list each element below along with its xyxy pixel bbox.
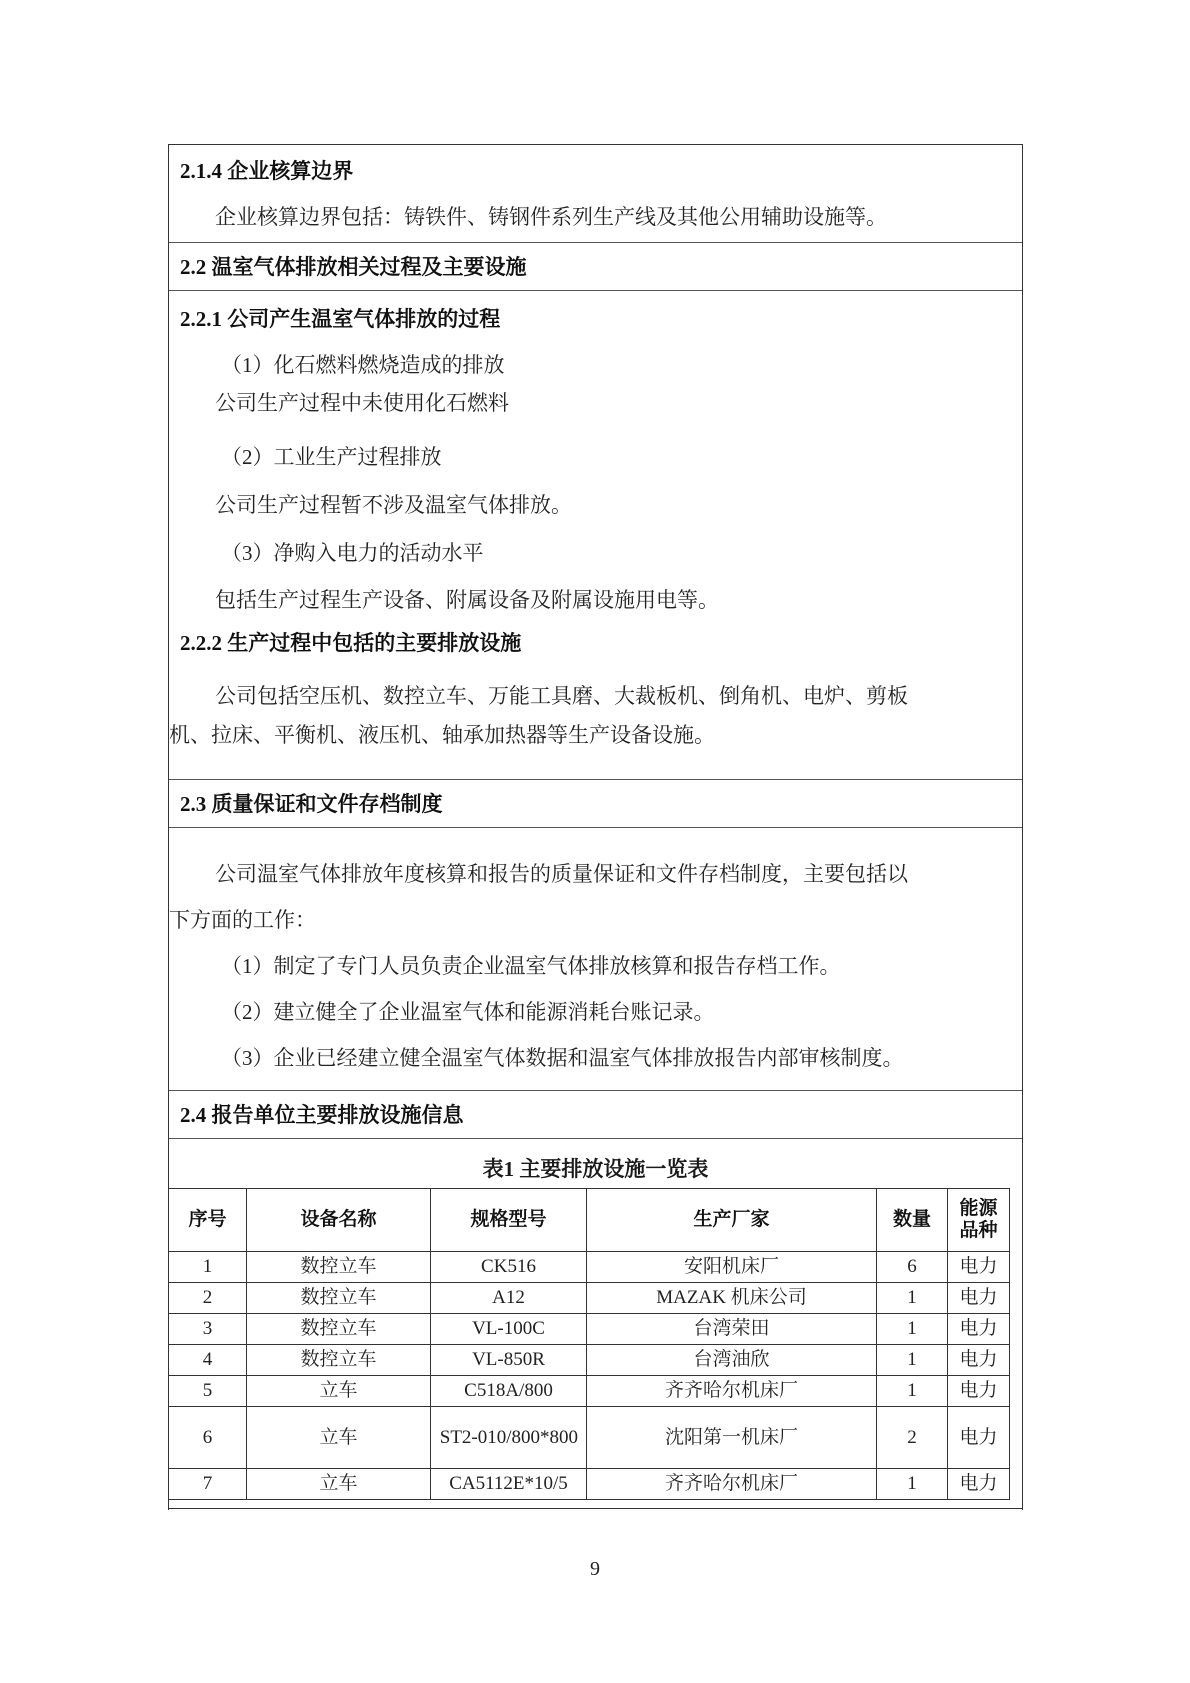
section-heading: 2.4 报告单位主要排放设施信息 [180, 1103, 464, 1127]
paragraph: 包括生产过程生产设备、附属设备及附属设施用电等。 [215, 584, 719, 614]
cell-name: 数控立车 [247, 1283, 431, 1314]
emission-facilities-table: 序号 设备名称 规格型号 生产厂家 数量 能源品种 1 数控立车 CK516 安… [168, 1188, 1010, 1500]
cell-model: VL-850R [431, 1345, 587, 1376]
cell-quantity: 1 [877, 1345, 948, 1376]
cell-energy: 电力 [948, 1407, 1010, 1469]
cell-model: VL-100C [431, 1314, 587, 1345]
section-2-4: 2.4 报告单位主要排放设施信息 [169, 1091, 1022, 1139]
paragraph: 下方面的工作： [169, 904, 316, 934]
cell-model: A12 [431, 1283, 587, 1314]
cell-energy: 电力 [948, 1252, 1010, 1283]
paragraph: 公司生产过程中未使用化石燃料 [215, 387, 509, 417]
cell-index: 4 [169, 1345, 247, 1376]
paragraph: 公司生产过程暂不涉及温室气体排放。 [215, 489, 572, 519]
col-header-manufacturer: 生产厂家 [587, 1189, 877, 1252]
cell-quantity: 1 [877, 1469, 948, 1500]
table-row: 5 立车 C518A/800 齐齐哈尔机床厂 1 电力 [169, 1376, 1010, 1407]
table-row: 2 数控立车 A12 MAZAK 机床公司 1 电力 [169, 1283, 1010, 1314]
section-heading: 2.2.2 生产过程中包括的主要排放设施 [180, 631, 521, 655]
cell-manufacturer: 台湾油欣 [587, 1345, 877, 1376]
list-item-title: （3）净购入电力的活动水平 [221, 537, 484, 567]
cell-index: 6 [169, 1407, 247, 1469]
cell-index: 3 [169, 1314, 247, 1345]
cell-name: 立车 [247, 1407, 431, 1469]
cell-quantity: 2 [877, 1407, 948, 1469]
energy-header-text: 能源品种 [959, 1198, 999, 1242]
section-heading: 2.1.4 企业核算边界 [180, 159, 353, 183]
cell-manufacturer: MAZAK 机床公司 [587, 1283, 877, 1314]
cell-model: ST2-010/800*800 [431, 1407, 587, 1469]
cell-energy: 电力 [948, 1469, 1010, 1500]
cell-name: 数控立车 [247, 1252, 431, 1283]
cell-quantity: 1 [877, 1314, 948, 1345]
cell-energy: 电力 [948, 1283, 1010, 1314]
section-heading: 2.3 质量保证和文件存档制度 [180, 792, 443, 816]
table-row: 6 立车 ST2-010/800*800 沈阳第一机床厂 2 电力 [169, 1407, 1010, 1469]
cell-name: 数控立车 [247, 1314, 431, 1345]
table-row: 1 数控立车 CK516 安阳机床厂 6 电力 [169, 1252, 1010, 1283]
cell-index: 7 [169, 1469, 247, 1500]
page-number: 9 [0, 1558, 1190, 1581]
col-header-energy: 能源品种 [948, 1189, 1010, 1252]
cell-energy: 电力 [948, 1376, 1010, 1407]
cell-index: 5 [169, 1376, 247, 1407]
section-heading: 2.2.1 公司产生温室气体排放的过程 [180, 307, 500, 331]
section-2-2-content: 2.2.1 公司产生温室气体排放的过程 （1）化石燃料燃烧造成的排放 公司生产过… [169, 291, 1022, 780]
cell-model: C518A/800 [431, 1376, 587, 1407]
cell-name: 数控立车 [247, 1345, 431, 1376]
cell-manufacturer: 齐齐哈尔机床厂 [587, 1469, 877, 1500]
section-2-3: 2.3 质量保证和文件存档制度 [169, 780, 1022, 828]
list-item: （3）企业已经建立健全温室气体数据和温室气体排放报告内部审核制度。 [221, 1042, 904, 1072]
table-caption: 表1 主要排放设施一览表 [169, 1153, 1022, 1183]
cell-model: CK516 [431, 1252, 587, 1283]
cell-quantity: 1 [877, 1283, 948, 1314]
frame-bottom-border [168, 1508, 1023, 1509]
paragraph: 机、拉床、平衡机、液压机、轴承加热器等生产设备设施。 [169, 719, 715, 749]
col-header-index: 序号 [169, 1189, 247, 1252]
cell-manufacturer: 沈阳第一机床厂 [587, 1407, 877, 1469]
cell-quantity: 1 [877, 1376, 948, 1407]
paragraph: 公司温室气体排放年度核算和报告的质量保证和文件存档制度，主要包括以 [215, 858, 908, 888]
cell-energy: 电力 [948, 1314, 1010, 1345]
table-header-row: 序号 设备名称 规格型号 生产厂家 数量 能源品种 [169, 1189, 1010, 1252]
list-item-title: （2）工业生产过程排放 [221, 441, 442, 471]
cell-energy: 电力 [948, 1345, 1010, 1376]
table-row: 7 立车 CA5112E*10/5 齐齐哈尔机床厂 1 电力 [169, 1469, 1010, 1500]
col-header-model: 规格型号 [431, 1189, 587, 1252]
section-2-3-content: 公司温室气体排放年度核算和报告的质量保证和文件存档制度，主要包括以 下方面的工作… [169, 828, 1022, 1091]
cell-quantity: 6 [877, 1252, 948, 1283]
model-text: ST2-010/800*800 [431, 1427, 587, 1449]
table-row: 3 数控立车 VL-100C 台湾荣田 1 电力 [169, 1314, 1010, 1345]
list-item: （1）制定了专门人员负责企业温室气体排放核算和报告存档工作。 [221, 950, 841, 980]
cell-manufacturer: 台湾荣田 [587, 1314, 877, 1345]
cell-manufacturer: 安阳机床厂 [587, 1252, 877, 1283]
cell-name: 立车 [247, 1469, 431, 1500]
paragraph: 企业核算边界包括：铸铁件、铸钢件系列生产线及其他公用辅助设施等。 [215, 201, 887, 231]
list-item: （2）建立健全了企业温室气体和能源消耗台账记录。 [221, 996, 715, 1026]
list-item-title: （1）化石燃料燃烧造成的排放 [221, 349, 505, 379]
col-header-name: 设备名称 [247, 1189, 431, 1252]
section-2-1-4: 2.1.4 企业核算边界 企业核算边界包括：铸铁件、铸钢件系列生产线及其他公用辅… [169, 145, 1022, 243]
cell-model: CA5112E*10/5 [431, 1469, 587, 1500]
paragraph: 公司包括空压机、数控立车、万能工具磨、大裁板机、倒角机、电炉、剪板 [215, 680, 908, 710]
cell-manufacturer: 齐齐哈尔机床厂 [587, 1376, 877, 1407]
section-2-2: 2.2 温室气体排放相关过程及主要设施 [169, 243, 1022, 291]
cell-index: 2 [169, 1283, 247, 1314]
table-row: 4 数控立车 VL-850R 台湾油欣 1 电力 [169, 1345, 1010, 1376]
section-heading: 2.2 温室气体排放相关过程及主要设施 [180, 255, 527, 279]
cell-index: 1 [169, 1252, 247, 1283]
cell-name: 立车 [247, 1376, 431, 1407]
col-header-quantity: 数量 [877, 1189, 948, 1252]
